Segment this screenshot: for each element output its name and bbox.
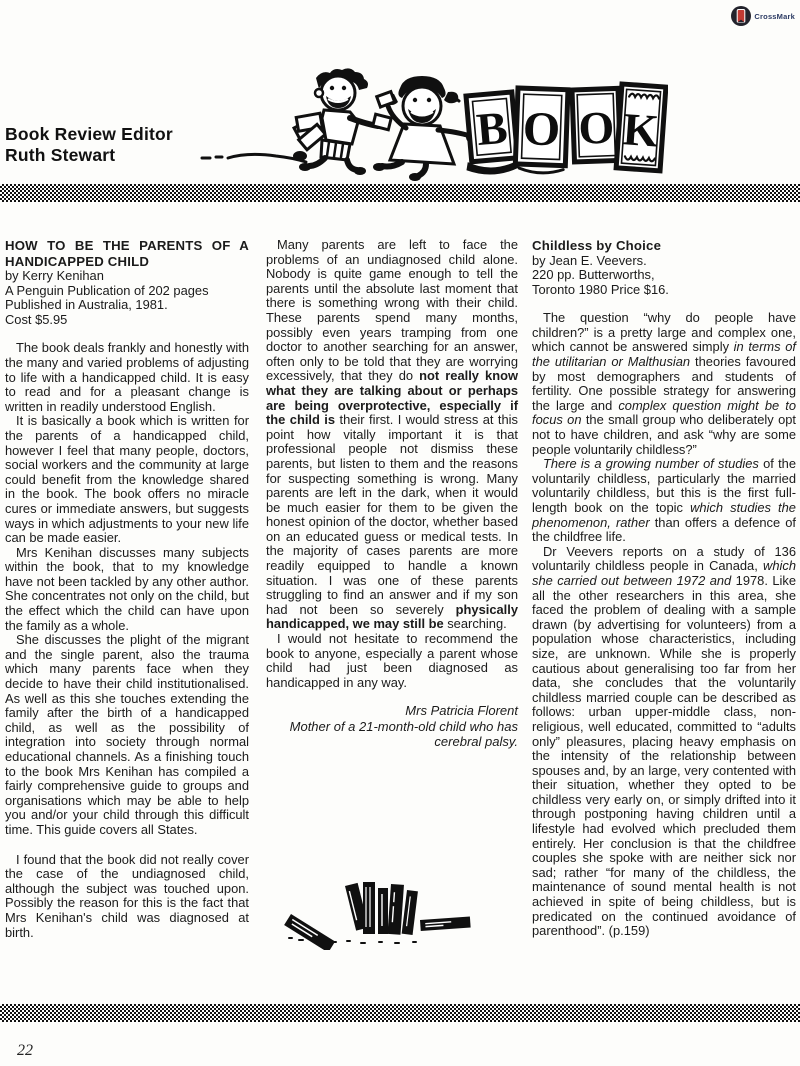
review1-title: HOW TO BE THE PARENTS OF A HANDICAPPED C… bbox=[5, 238, 249, 269]
svg-text:O: O bbox=[522, 102, 561, 156]
column-2: Many parents are left to face the proble… bbox=[266, 238, 518, 750]
text-segment: She discusses the plight of the migrant … bbox=[5, 632, 249, 837]
scanned-journal-page: CrossMark Book Review Editor Ruth Stewar… bbox=[0, 0, 800, 1066]
text-segment: their first. I would stress at this poin… bbox=[266, 412, 518, 617]
text-segment: searching. bbox=[444, 616, 507, 631]
meta-line: by Kerry Kenihan bbox=[5, 269, 249, 284]
crossmark-label: CrossMark bbox=[754, 12, 795, 21]
paragraph: She discusses the plight of the migrant … bbox=[5, 633, 249, 837]
paragraph: There is a growing number of studies of … bbox=[532, 457, 796, 545]
book-letter-K: K bbox=[616, 84, 666, 171]
review1-meta: by Kerry KenihanA Penguin Publication of… bbox=[5, 269, 249, 327]
meta-line: Published in Australia, 1981. bbox=[5, 298, 249, 313]
book-review-editor-block: Book Review Editor Ruth Stewart bbox=[5, 124, 173, 166]
meta-line: by Jean E. Veevers. bbox=[532, 254, 796, 269]
signature-name: Mrs Patricia Florent bbox=[266, 703, 518, 719]
review1-body-col2: Many parents are left to face the proble… bbox=[266, 238, 518, 690]
text-segment: There is a growing number of studies bbox=[543, 456, 759, 471]
text-segment: Dr Veevers reports on a study of 136 vol… bbox=[532, 544, 796, 574]
paragraph: The book deals frankly and honestly with… bbox=[5, 341, 249, 414]
text-segment: I found that the book did not really cov… bbox=[5, 852, 249, 940]
text-segment: 1978. Like all the other researchers in … bbox=[532, 573, 796, 938]
paragraph: Many parents are left to face the proble… bbox=[266, 238, 518, 632]
books-pile-illustration bbox=[283, 880, 478, 950]
review2-body: The question “why do people have childre… bbox=[532, 311, 796, 939]
page-number: 22 bbox=[17, 1042, 33, 1060]
review2-meta: by Jean E. Veevers.220 pp. Butterworths,… bbox=[532, 254, 796, 298]
decorative-band-top bbox=[0, 184, 800, 202]
paragraph: Mrs Kenihan discusses many subjects with… bbox=[5, 546, 249, 634]
book-letter-O1: O bbox=[515, 88, 568, 174]
meta-line: Cost $5.95 bbox=[5, 313, 249, 328]
paragraph: I found that the book did not really cov… bbox=[5, 853, 249, 941]
editor-name: Ruth Stewart bbox=[5, 145, 173, 166]
svg-text:B: B bbox=[474, 102, 509, 155]
column-3: Childless by Choice by Jean E. Veevers.2… bbox=[532, 238, 796, 939]
reviewer-signature: Mrs Patricia Florent Mother of a 21-mont… bbox=[266, 703, 518, 750]
meta-line: 220 pp. Butterworths, bbox=[532, 268, 796, 283]
text-segment: Mrs Kenihan discusses many subjects with… bbox=[5, 545, 249, 633]
review1-body-col1: The book deals frankly and honestly with… bbox=[5, 341, 249, 940]
crossmark-badge[interactable]: CrossMark bbox=[730, 5, 795, 27]
paragraph: It is basically a book which is written … bbox=[5, 414, 249, 545]
children-books-illustration: B O O K bbox=[198, 66, 668, 182]
text-segment: It is basically a book which is written … bbox=[5, 413, 249, 545]
text-segment: Many parents are left to face the proble… bbox=[266, 237, 518, 383]
book-letter-B: B bbox=[460, 92, 521, 177]
decorative-band-bottom bbox=[0, 1004, 800, 1022]
paragraph: I would not hesitate to recommend the bo… bbox=[266, 632, 518, 690]
editor-role: Book Review Editor bbox=[5, 124, 173, 145]
svg-text:K: K bbox=[621, 103, 660, 156]
svg-text:O: O bbox=[578, 102, 616, 154]
meta-line: A Penguin Publication of 202 pages bbox=[5, 284, 249, 299]
review2-title: Childless by Choice bbox=[532, 238, 796, 254]
signature-description: Mother of a 21-month-old child who has c… bbox=[266, 719, 518, 750]
book-letter-O2: O bbox=[572, 88, 620, 162]
crossmark-icon bbox=[730, 5, 752, 27]
meta-line: Toronto 1980 Price $16. bbox=[532, 283, 796, 298]
paragraph: Dr Veevers reports on a study of 136 vol… bbox=[532, 545, 796, 939]
text-segment: I would not hesitate to recommend the bo… bbox=[266, 631, 518, 690]
text-segment: The book deals frankly and honestly with… bbox=[5, 340, 249, 413]
column-1: HOW TO BE THE PARENTS OF A HANDICAPPED C… bbox=[5, 238, 249, 940]
paragraph: The question “why do people have childre… bbox=[532, 311, 796, 457]
